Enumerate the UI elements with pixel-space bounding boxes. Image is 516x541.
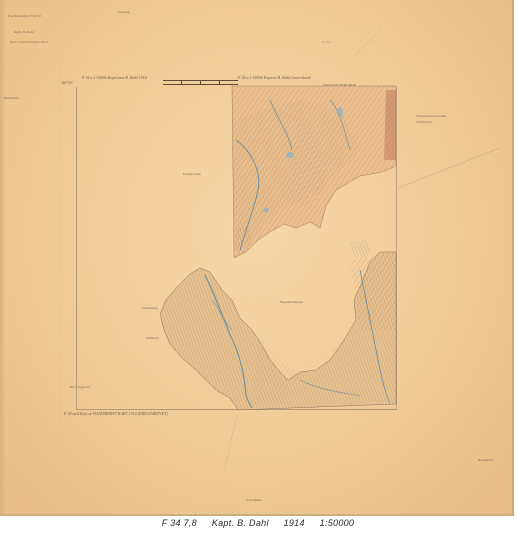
caption-sheet-id: F 34 7,8 xyxy=(162,518,197,528)
caption-scale: 1:50000 xyxy=(320,518,355,528)
caption-surveyor: Kapt. B. Dahl xyxy=(212,518,269,528)
upper-survey-region xyxy=(232,86,396,258)
islet xyxy=(350,240,372,258)
bottom-place-label: Tverrfjellet xyxy=(246,498,262,502)
surveyed-terrain xyxy=(0,0,516,541)
caption-year: 1914 xyxy=(284,518,305,528)
lower-left-survey-region xyxy=(160,252,396,410)
map-sheet: Fra Kartverket F34 7,8 Kapt. B. Dahl Kar… xyxy=(0,0,514,516)
archive-caption: F 34 7,8 Kapt. B. Dahl 1914 1:50000 xyxy=(0,518,516,528)
bottom-legend: F 34 med Kart nr HANDSKRIFT KART 1914 (K… xyxy=(64,411,168,416)
